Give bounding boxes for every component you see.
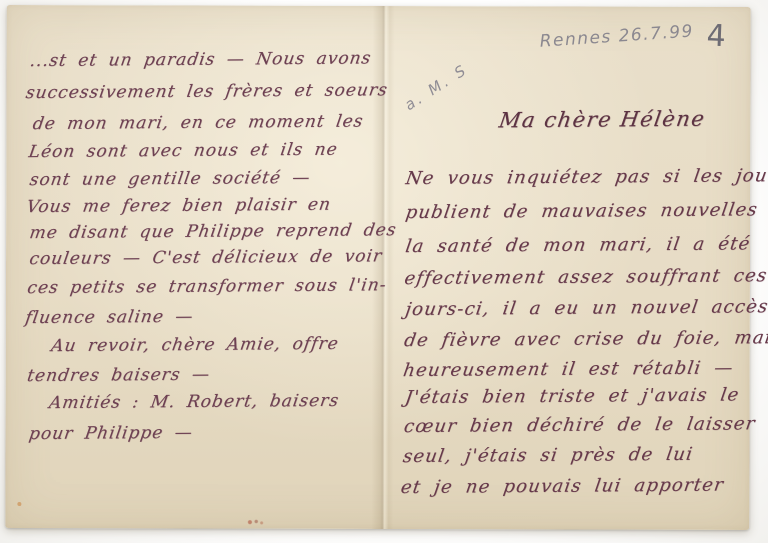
handwritten-line: Léon sont avec nous et ils ne: [27, 140, 339, 162]
pencil-initials-annotation: a. M. S: [401, 60, 471, 114]
handwritten-line: Vous me ferez bien plaisir en: [25, 195, 332, 217]
handwritten-line: Amitiés : M. Robert, baisers: [48, 391, 341, 413]
handwritten-line: cœur bien déchiré de le laisser: [403, 413, 758, 437]
handwritten-line: fluence saline —: [24, 307, 195, 328]
letter-paper: Rennes 26.7.99 4 a. M. S ...st et un par…: [5, 5, 750, 530]
handwritten-line: la santé de mon mari, il a été: [404, 233, 752, 257]
handwritten-line: Au revoir, chère Amie, offre: [50, 334, 340, 356]
handwritten-line: effectivement assez souffrant ces: [403, 265, 768, 289]
handwritten-line: seul, j'étais si près de lui: [401, 444, 694, 467]
handwritten-line: Ne vous inquiétez pas si les journaux: [404, 165, 768, 189]
small-red-mark: [246, 519, 264, 526]
handwritten-line: J'étais bien triste et j'avais le: [404, 384, 741, 408]
handwritten-line: ...st et un paradis — Nous avons: [29, 48, 373, 71]
handwritten-line: heureusement il est rétabli —: [402, 357, 735, 381]
pencil-page-number: 4: [706, 19, 726, 55]
paper-speck: [17, 502, 21, 506]
handwritten-line: et je ne pouvais lui apporter: [399, 475, 725, 499]
handwritten-line: pour Philippe —: [28, 423, 195, 444]
pencil-date-annotation: Rennes 26.7.99: [539, 21, 694, 51]
handwritten-line: jours-ci, il a eu un nouvel accès: [404, 296, 768, 320]
handwritten-line: successivement les frères et soeurs: [24, 80, 389, 103]
handwritten-line: tendres baisers —: [26, 365, 212, 386]
handwritten-line: ces petits se transformer sous l'in-: [26, 275, 388, 298]
handwritten-line: sont une gentille société —: [28, 168, 312, 190]
handwritten-line: publient de mauvaises nouvelles de: [404, 199, 768, 223]
handwritten-line: me disant que Philippe reprend des: [28, 220, 398, 243]
letter-salutation: Ma chère Hélène: [497, 107, 707, 133]
handwritten-line: de mon mari, en ce moment les: [31, 112, 365, 135]
photo-background: Rennes 26.7.99 4 a. M. S ...st et un par…: [0, 0, 768, 543]
handwritten-line: couleurs — C'est délicieux de voir: [28, 246, 384, 269]
handwritten-line: de fièvre avec crise du foie, mais: [403, 327, 768, 351]
